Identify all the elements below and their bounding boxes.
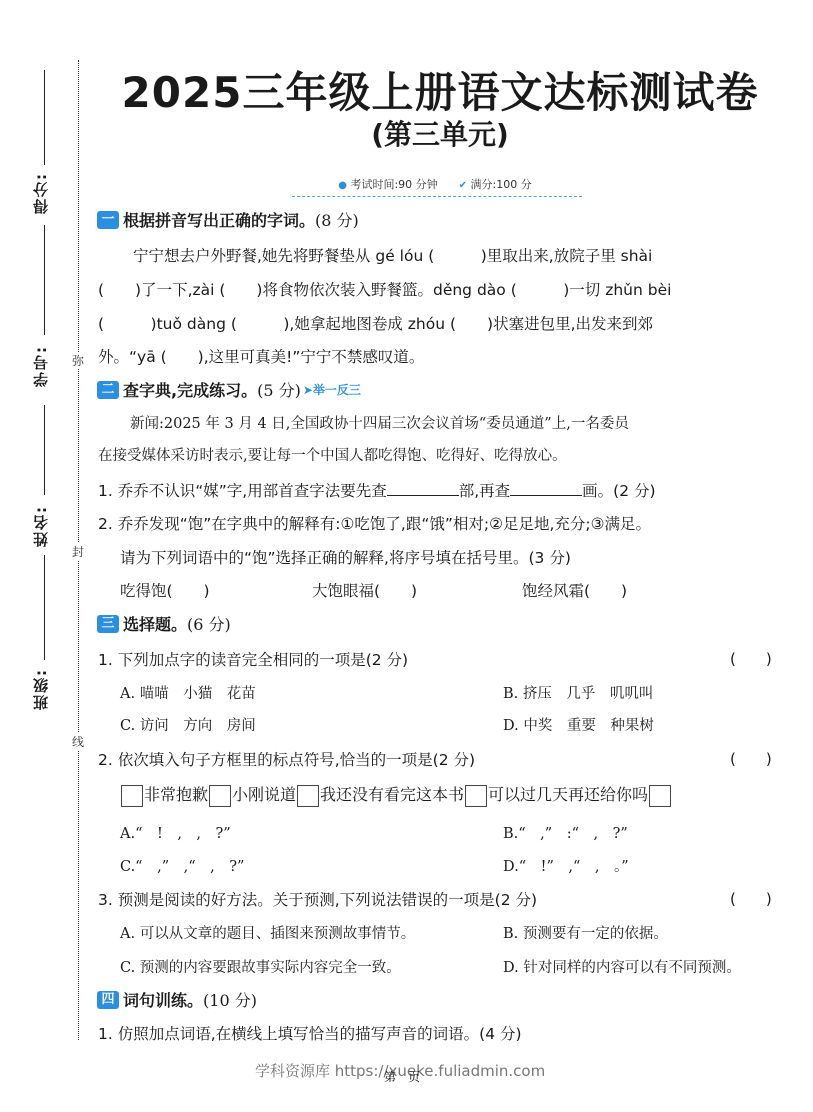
section-title: 查字典,完成练习。 — [123, 378, 257, 401]
s3-q2-answer[interactable]: ( ) — [730, 748, 772, 769]
s3-q1-option-a[interactable]: A. 喵喵 小猫 花苗 — [120, 682, 256, 703]
s3-q2-option-b[interactable]: B.“ ,” :“ , ?” — [503, 822, 628, 843]
q-text: 1. 乔乔不认识“媒”字,用部首查字法要先查 — [98, 482, 387, 500]
q-text: 部,再查 — [459, 482, 510, 500]
s3-q2-stem: 2. 依次填入句子方框里的标点符号,恰当的一项是(2 分) — [98, 748, 475, 770]
score-label: 得分: — [30, 172, 51, 214]
section-title: 根据拼音写出正确的字词。 — [123, 208, 315, 231]
clock-icon: ● — [338, 180, 347, 191]
cut-char-seal1: 弥 — [72, 352, 84, 369]
tag-extension: ➤举一反三 — [303, 381, 361, 398]
section-number-badge: 一 — [97, 211, 119, 229]
section-number-badge: 四 — [97, 991, 119, 1009]
punct-box[interactable] — [209, 785, 231, 807]
cut-char-line: 线 — [72, 733, 84, 750]
page-title: 2025三年级上册语文达标测试卷 — [90, 60, 790, 120]
s2-q2-word3: 饱经风霜( ) — [522, 579, 627, 601]
exam-info: ● 考试时间:90 分钟 ✔ 满分:100 分 — [290, 176, 580, 192]
sentence-part: 小刚说道 — [232, 785, 296, 804]
s3-q2-sentence: 非常抱歉小刚说道我还没有看完这本书可以过几天再还给你吗 — [120, 782, 672, 807]
s3-q3-stem: 3. 预测是阅读的好方法。关于预测,下列说法错误的一项是(2 分) — [98, 888, 537, 910]
punct-box[interactable] — [649, 785, 671, 807]
s2-q2-line1: 2. 乔乔发现“饱”在字典中的解释有:①吃饱了,跟“饿”相对;②足足地,充分;③… — [98, 512, 651, 534]
section-points: (10 分) — [203, 988, 257, 1011]
s2-q2-word1: 吃得饱( ) — [120, 579, 210, 601]
section-title: 词句训练。 — [123, 988, 203, 1011]
answer-blank[interactable] — [510, 481, 582, 496]
s2-passage-2: 在接受媒体采访时表示,要让每一个中国人都吃得饱、吃得好、吃得放心。 — [98, 444, 567, 465]
s3-q3-option-b[interactable]: B. 预测要有一定的依据。 — [503, 922, 668, 943]
s3-q1-answer[interactable]: ( ) — [730, 648, 772, 669]
name-line[interactable] — [44, 405, 45, 495]
sentence-part: 非常抱歉 — [144, 785, 208, 804]
s3-q1-option-d[interactable]: D. 中奖 重要 种果树 — [503, 714, 654, 735]
divider — [292, 196, 582, 197]
s3-q1-stem: 1. 下列加点字的读音完全相同的一项是(2 分) — [98, 648, 408, 670]
s2-q2-line2: 请为下列词语中的“饱”选择正确的解释,将序号填在括号里。(3 分) — [120, 546, 571, 568]
punct-box[interactable] — [465, 785, 487, 807]
s3-q2-option-a[interactable]: A.“ ! , , ?” — [120, 822, 231, 843]
s2-q2-word2: 大饱眼福( ) — [312, 579, 417, 601]
sentence-part: 可以过几天再还给你吗 — [488, 785, 648, 804]
s1-line-1: 宁宁想去户外野餐,她先将野餐垫从 gé lóu ( )里取出来,放院子里 shà… — [133, 244, 652, 266]
section-points: (5 分) — [257, 378, 301, 401]
s2-q1: 1. 乔乔不认识“媒”字,用部首查字法要先查部,再查画。(2 分) — [98, 479, 656, 501]
section-2-heading: 二 查字典,完成练习。 (5 分) ➤举一反三 — [97, 378, 361, 401]
section-points: (6 分) — [187, 612, 231, 635]
score-line — [44, 70, 45, 165]
section-points: (8 分) — [315, 208, 359, 231]
section-number-badge: 三 — [97, 615, 119, 633]
section-title: 选择题。 — [123, 612, 187, 635]
name-label: 姓名: — [30, 505, 51, 547]
s3-q2-option-d[interactable]: D.“ !” ,“ , 。” — [503, 855, 629, 876]
s3-q3-option-a[interactable]: A. 可以从文章的题目、插图来预测故事情节。 — [120, 922, 415, 943]
punct-box[interactable] — [121, 785, 143, 807]
q-text: 画。(2 分) — [582, 482, 655, 500]
check-icon: ✔ — [459, 180, 467, 191]
sentence-part: 我还没有看完这本书 — [320, 785, 464, 804]
answer-blank[interactable] — [387, 481, 459, 496]
section-number-badge: 二 — [97, 381, 119, 399]
full-score: 满分:100 分 — [471, 178, 532, 191]
student-id-label: 学号: — [30, 345, 51, 387]
section-4-heading: 四 词句训练。 (10 分) — [97, 988, 257, 1011]
class-label: 班级: — [30, 668, 51, 710]
s1-line-3: ( )tuǒ dàng ( ),她拿起地图卷成 zhóu ( )状塞进包里,出发… — [98, 312, 653, 334]
exam-time: 考试时间:90 分钟 — [350, 178, 437, 191]
s3-q3-option-d[interactable]: D. 针对同样的内容可以有不同预测。 — [503, 956, 741, 977]
punct-box[interactable] — [297, 785, 319, 807]
s1-line-4: 外。“yā ( ),这里可真美!”宁宁不禁感叹道。 — [98, 345, 424, 367]
s2-passage-1: 新闻:2025 年 3 月 4 日,全国政协十四届三次会议首场“委员通道”上,一… — [130, 412, 629, 433]
page-number: 第 页 — [384, 1068, 420, 1085]
s3-q1-option-b[interactable]: B. 挤压 几乎 叽叽叫 — [503, 682, 653, 703]
page-subtitle: (第三单元) — [90, 113, 790, 153]
s3-q2-option-c[interactable]: C.“ ,” ,“ , ?” — [120, 855, 244, 876]
s3-q1-option-c[interactable]: C. 访问 方向 房间 — [120, 714, 256, 735]
section-3-heading: 三 选择题。 (6 分) — [97, 612, 231, 635]
cut-char-seal2: 封 — [72, 543, 84, 560]
s4-q1: 1. 仿照加点词语,在横线上填写恰当的描写声音的词语。(4 分) — [98, 1022, 522, 1044]
s3-q3-answer[interactable]: ( ) — [730, 888, 772, 909]
class-line[interactable] — [44, 555, 45, 660]
s1-line-2: ( )了一下,zài ( )将食物依次装入野餐篮。děng dào ( )一切 … — [98, 278, 671, 300]
s3-q3-option-c[interactable]: C. 预测的内容要跟故事实际内容完全一致。 — [120, 956, 401, 977]
section-1-heading: 一 根据拼音写出正确的字词。 (8 分) — [97, 208, 359, 231]
student-id-line[interactable] — [44, 225, 45, 335]
